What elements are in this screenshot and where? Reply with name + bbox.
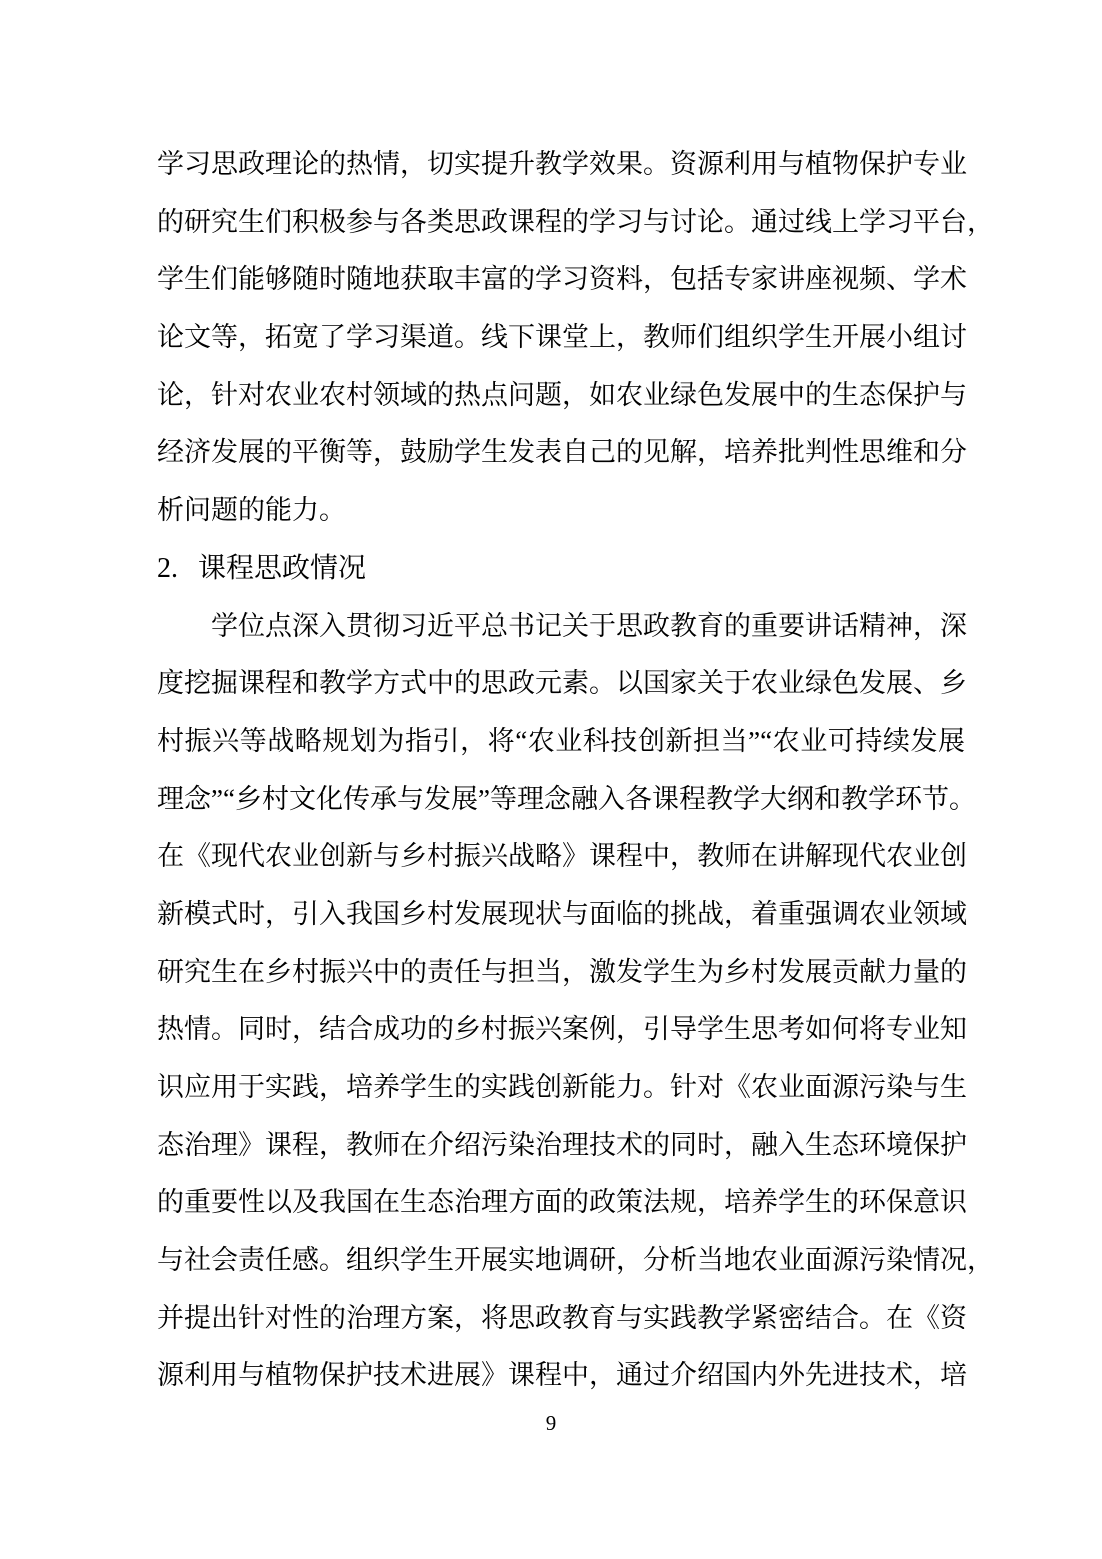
document-body: 学习思政理论的热情，切实提升教学效果。资源利用与植物保护专业 的研究生们积极参与…	[157, 136, 965, 1405]
paragraph-line: 论文等，拓宽了学习渠道。线下课堂上，教师们组织学生开展小组讨	[157, 309, 965, 367]
section-heading-title: 课程思政情况	[198, 553, 366, 584]
paragraph-line: 学生们能够随时随地获取丰富的学习资料，包括专家讲座视频、学术	[157, 251, 965, 309]
paragraph-line: 与社会责任感。组织学生开展实地调研，分析当地农业面源污染情况，	[157, 1232, 965, 1290]
paragraph-line: 经济发展的平衡等，鼓励学生发表自己的见解，培养批判性思维和分	[157, 424, 965, 482]
paragraph-line: 的重要性以及我国在生态治理方面的政策法规，培养学生的环保意识	[157, 1174, 965, 1232]
section-heading-number: 2.	[157, 540, 178, 598]
paragraph-line: 学习思政理论的热情，切实提升教学效果。资源利用与植物保护专业	[157, 136, 965, 194]
section-heading: 2.课程思政情况	[157, 540, 965, 598]
paragraph-line: 的研究生们积极参与各类思政课程的学习与讨论。通过线上学习平台，	[157, 194, 965, 252]
paragraph-line: 村振兴等战略规划为指引，将“农业科技创新担当”“农业可持续发展	[157, 713, 965, 771]
paragraph-line: 新模式时，引入我国乡村发展现状与面临的挑战，着重强调农业领域	[157, 886, 965, 944]
paragraph-line: 理念”“乡村文化传承与发展”等理念融入各课程教学大纲和教学环节。	[157, 771, 965, 829]
paragraph-line: 度挖掘课程和教学方式中的思政元素。以国家关于农业绿色发展、乡	[157, 655, 965, 713]
paragraph-line: 研究生在乡村振兴中的责任与担当，激发学生为乡村发展贡献力量的	[157, 944, 965, 1002]
paragraph-line: 并提出针对性的治理方案，将思政教育与实践教学紧密结合。在《资	[157, 1290, 965, 1348]
paragraph-line: 态治理》课程，教师在介绍污染治理技术的同时，融入生态环境保护	[157, 1117, 965, 1175]
paragraph-line: 论，针对农业农村领域的热点问题，如农业绿色发展中的生态保护与	[157, 367, 965, 425]
paragraph-line: 热情。同时，结合成功的乡村振兴案例，引导学生思考如何将专业知	[157, 1001, 965, 1059]
page-number: 9	[0, 1408, 1102, 1438]
paragraph-line: 源利用与植物保护技术进展》课程中，通过介绍国内外先进技术，培	[157, 1347, 965, 1405]
document-page: 学习思政理论的热情，切实提升教学效果。资源利用与植物保护专业 的研究生们积极参与…	[0, 0, 1102, 1559]
paragraph-line: 在《现代农业创新与乡村振兴战略》课程中，教师在讲解现代农业创	[157, 828, 965, 886]
paragraph-line: 识应用于实践，培养学生的实践创新能力。针对《农业面源污染与生	[157, 1059, 965, 1117]
paragraph-line: 学位点深入贯彻习近平总书记关于思政教育的重要讲话精神，深	[157, 598, 965, 656]
paragraph-line: 析问题的能力。	[157, 482, 965, 540]
